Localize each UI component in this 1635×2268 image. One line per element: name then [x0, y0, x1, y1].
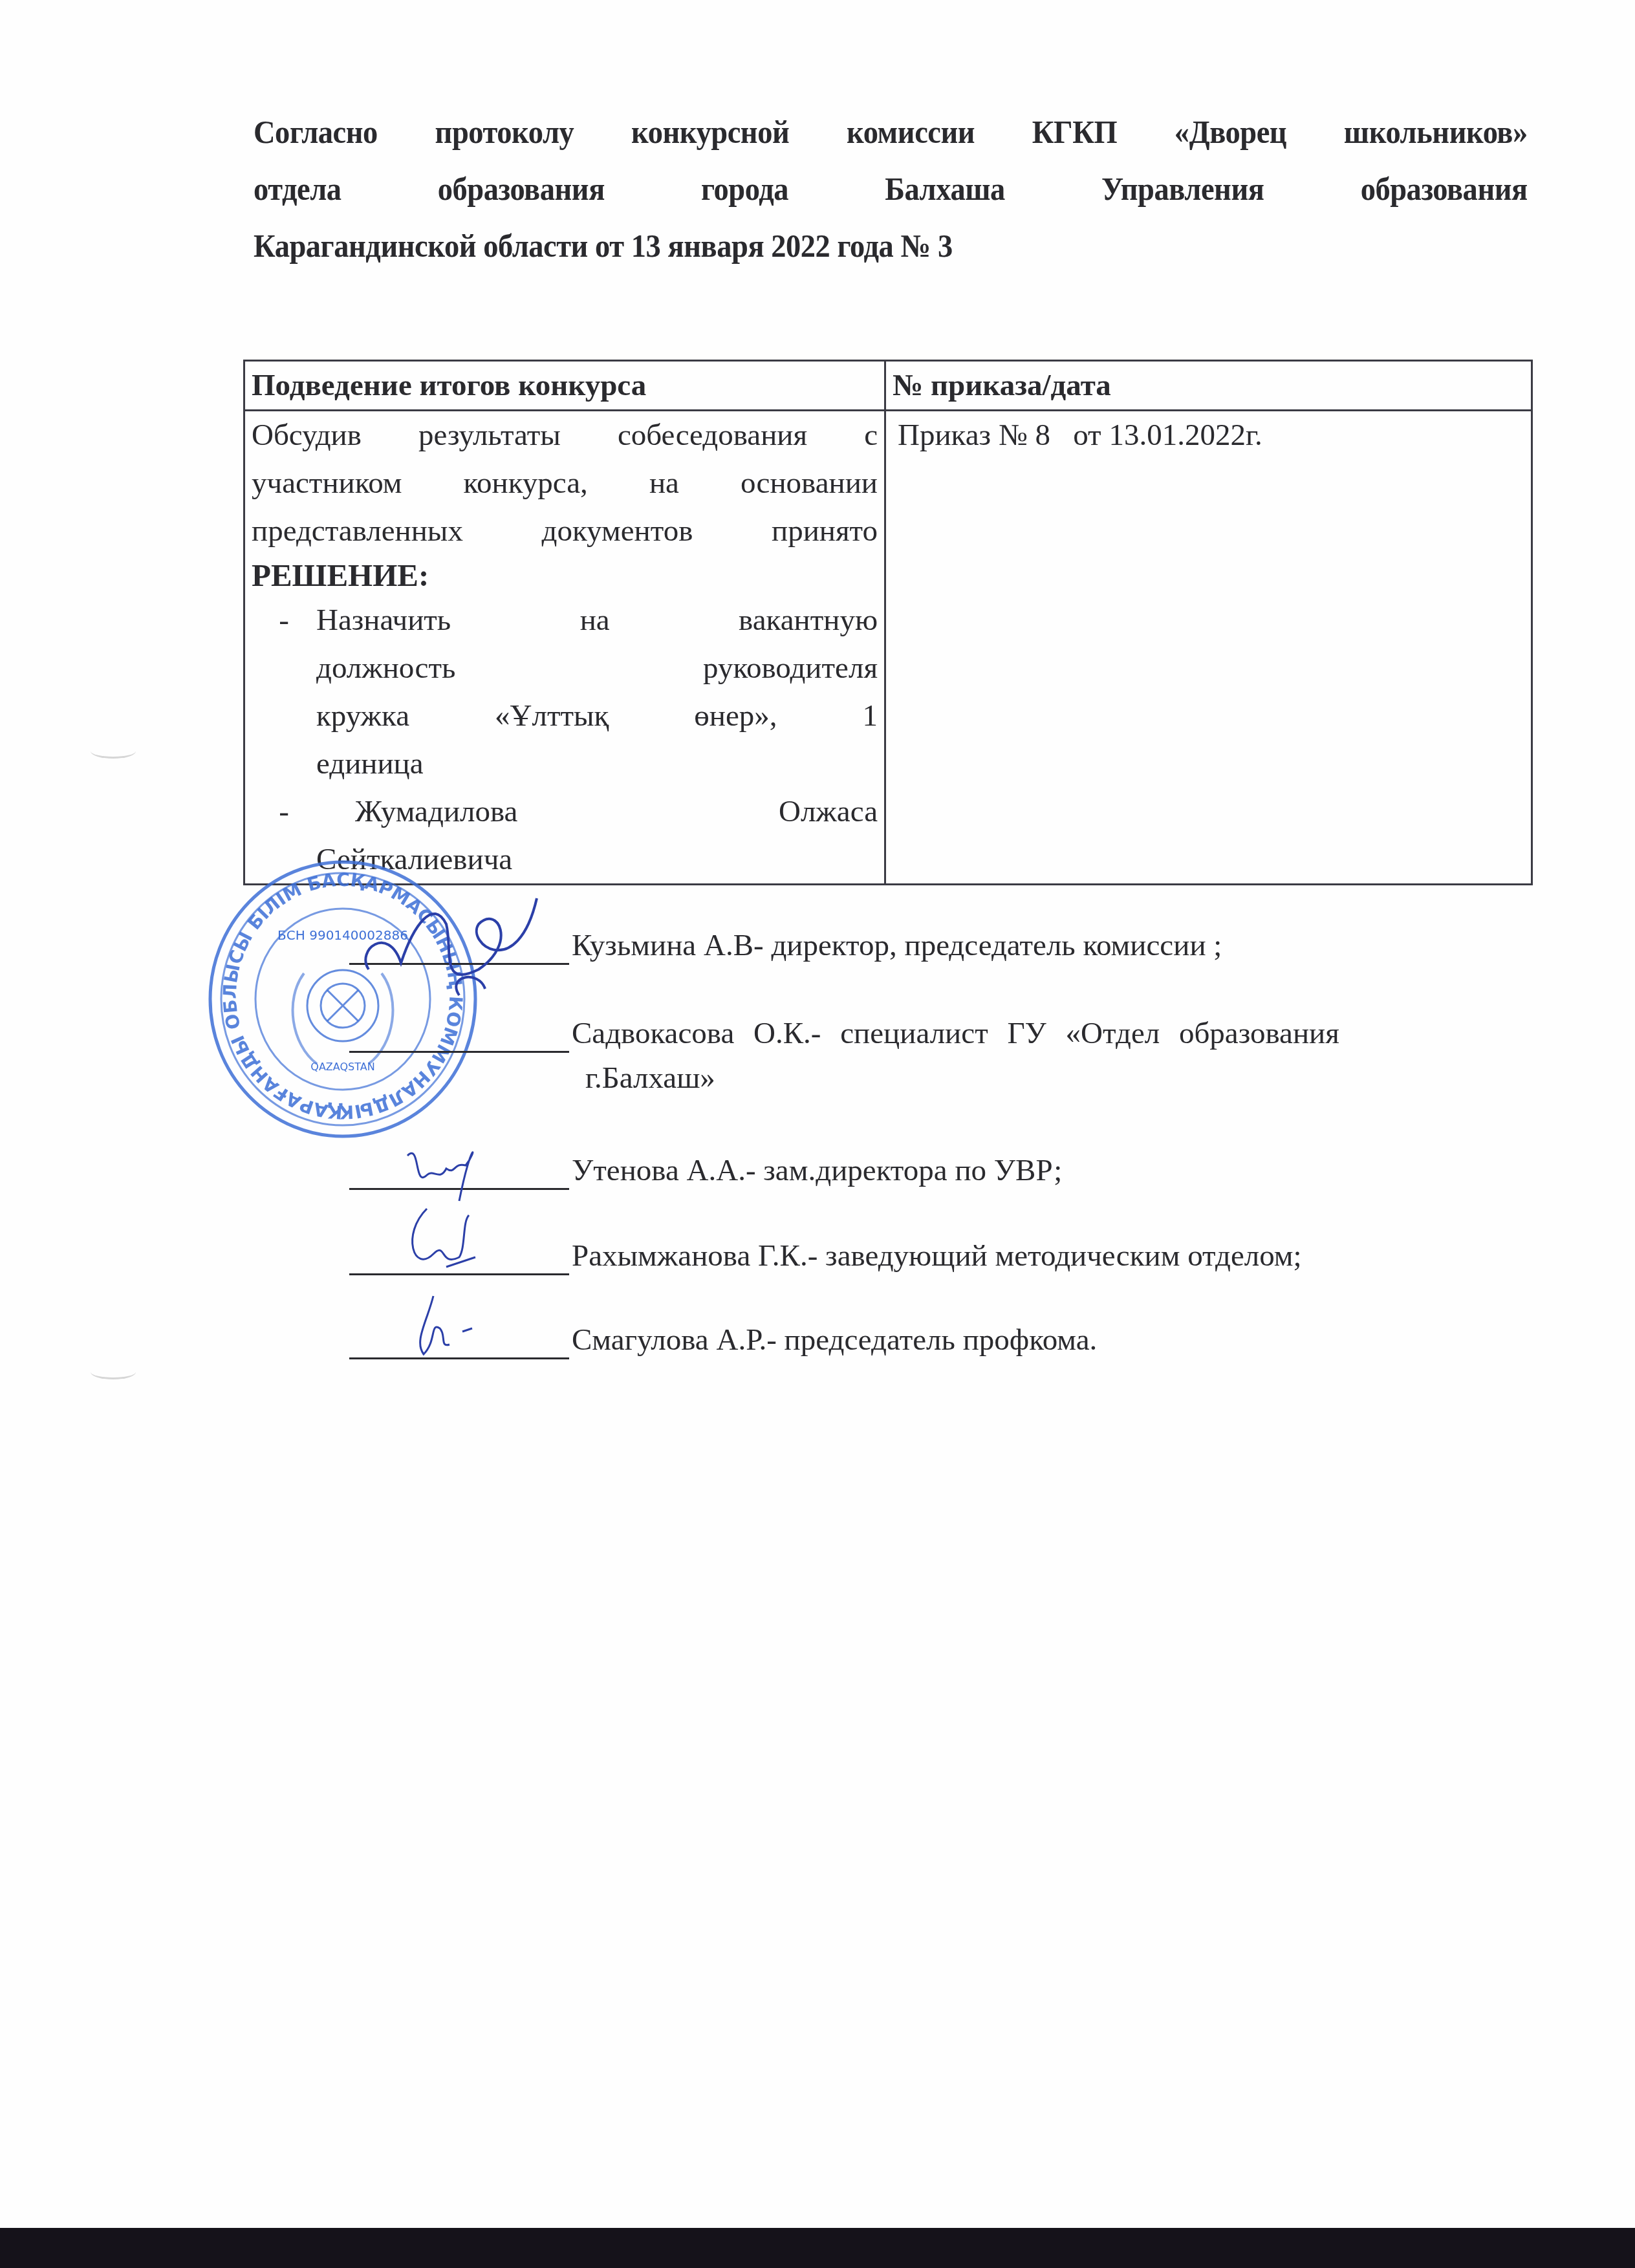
- heading-line: Согласно протоколу конкурсной комиссии К…: [254, 103, 1528, 160]
- bullet-line: единица: [316, 740, 878, 788]
- dash-bullet: -: [252, 788, 316, 836]
- signatory-name: Рахымжанова Г.К.- заведующий методически…: [572, 1237, 1302, 1275]
- signatory-row: Смагулова А.Р.- председатель профкома.: [349, 1321, 1097, 1359]
- header-summary: Подведение итогов конкурса: [244, 361, 885, 411]
- bullet-line: должность руководителя: [316, 644, 878, 692]
- bullet-line: кружка «Ұлттық өнер», 1: [316, 692, 878, 740]
- signatory-name: Садвокасова О.К.- специалист ГУ «Отдел о…: [572, 1014, 1339, 1053]
- decision-label: РЕШЕНИЕ:: [252, 555, 878, 596]
- signatory-row: Кузьмина А.В- директор, председатель ком…: [349, 926, 1222, 965]
- signature-line: [349, 1273, 569, 1275]
- signatory-continuation: г.Балхаш»: [585, 1061, 715, 1096]
- list-item: - Жумадилова Олжаса: [252, 788, 878, 836]
- punch-hole-mark: [91, 744, 136, 759]
- heading-line: отдела образования города Балхаша Управл…: [254, 160, 1528, 217]
- signature-line: [349, 1051, 569, 1053]
- bullet-line: Назначить на вакантную: [316, 596, 878, 644]
- intro-line: представленных документов принято: [252, 507, 878, 555]
- intro-line: Обсудив результаты собеседования с: [252, 411, 878, 459]
- table-header-row: Подведение итогов конкурса № приказа/дат…: [244, 361, 1532, 411]
- header-order-date: № приказа/дата: [885, 361, 1532, 411]
- summary-cell: Обсудив результаты собеседования с участ…: [244, 411, 885, 885]
- signatory-name: Кузьмина А.В- директор, председатель ком…: [572, 926, 1222, 965]
- bullet-line: Жумадилова Олжаса: [316, 788, 878, 836]
- punch-hole-mark: [91, 1365, 136, 1379]
- signatory-name: Утенова А.А.- зам.директора по УВР;: [572, 1151, 1062, 1190]
- document-heading: Согласно протоколу конкурсной комиссии К…: [254, 103, 1528, 274]
- svg-text:QAZAQSTAN: QAZAQSTAN: [310, 1061, 374, 1073]
- signature-line: [349, 963, 569, 965]
- scanner-edge-bar: [0, 2228, 1635, 2268]
- signature-scribble-icon: [349, 1283, 492, 1367]
- order-number-date: Приказ № 8 от 13.01.2022г.: [898, 418, 1262, 452]
- signature-line: [349, 1357, 569, 1359]
- list-item: - Назначить на вакантную должность руков…: [252, 596, 878, 788]
- order-cell: Приказ № 8 от 13.01.2022г.: [885, 411, 1532, 885]
- intro-line: участником конкурса, на основании: [252, 459, 878, 507]
- signature-line: [349, 1188, 569, 1190]
- signatory-name: Смагулова А.Р.- председатель профкома.: [572, 1321, 1097, 1359]
- signatory-row: Рахымжанова Г.К.- заведующий методически…: [349, 1237, 1302, 1275]
- signature-scribble-icon: [349, 1196, 492, 1280]
- heading-line: Карагандинской области от 13 января 2022…: [254, 217, 1528, 274]
- table-row: Обсудив результаты собеседования с участ…: [244, 411, 1532, 885]
- signatory-row: Утенова А.А.- зам.директора по УВР;: [349, 1151, 1062, 1190]
- results-table: Подведение итогов конкурса № приказа/дат…: [243, 360, 1533, 885]
- signatory-row: Садвокасова О.К.- специалист ГУ «Отдел о…: [349, 1014, 1339, 1053]
- signature-scribble-icon: [349, 885, 569, 1002]
- dash-bullet: -: [252, 596, 316, 788]
